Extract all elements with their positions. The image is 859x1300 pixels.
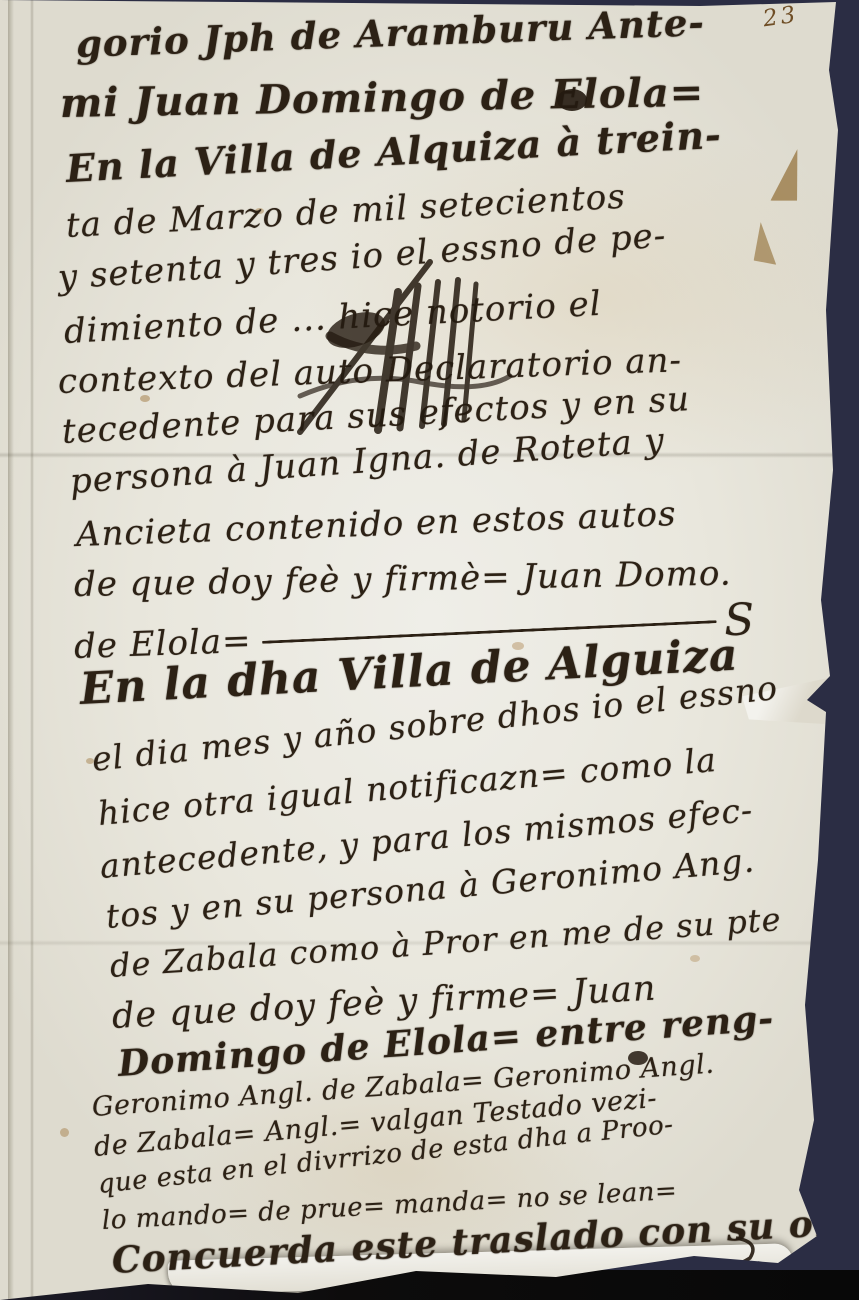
tan-ink-mark: [770, 146, 807, 206]
manuscript-line: de que doy feè y firmè= Juan Domo.: [74, 554, 732, 605]
manuscript-line: dimiento de ... hice notorio el: [63, 284, 603, 352]
manuscript-line: Ancieta contenido en estos autos: [75, 494, 677, 555]
foxing-spot: [60, 1128, 69, 1137]
scan-backdrop: 23 gorio Jph de Aramburu Ante- mi Juan D…: [0, 0, 859, 1300]
manuscript-page: 23 gorio Jph de Aramburu Ante- mi Juan D…: [0, 0, 859, 1300]
foxing-spot: [690, 955, 700, 962]
tan-ink-mark: [750, 221, 776, 267]
gutter-crease: [30, 0, 34, 1300]
binding-edge: [8, 0, 14, 1300]
page-number: 23: [761, 2, 800, 33]
manuscript-line: gorio Jph de Aramburu Ante-: [75, 0, 705, 66]
